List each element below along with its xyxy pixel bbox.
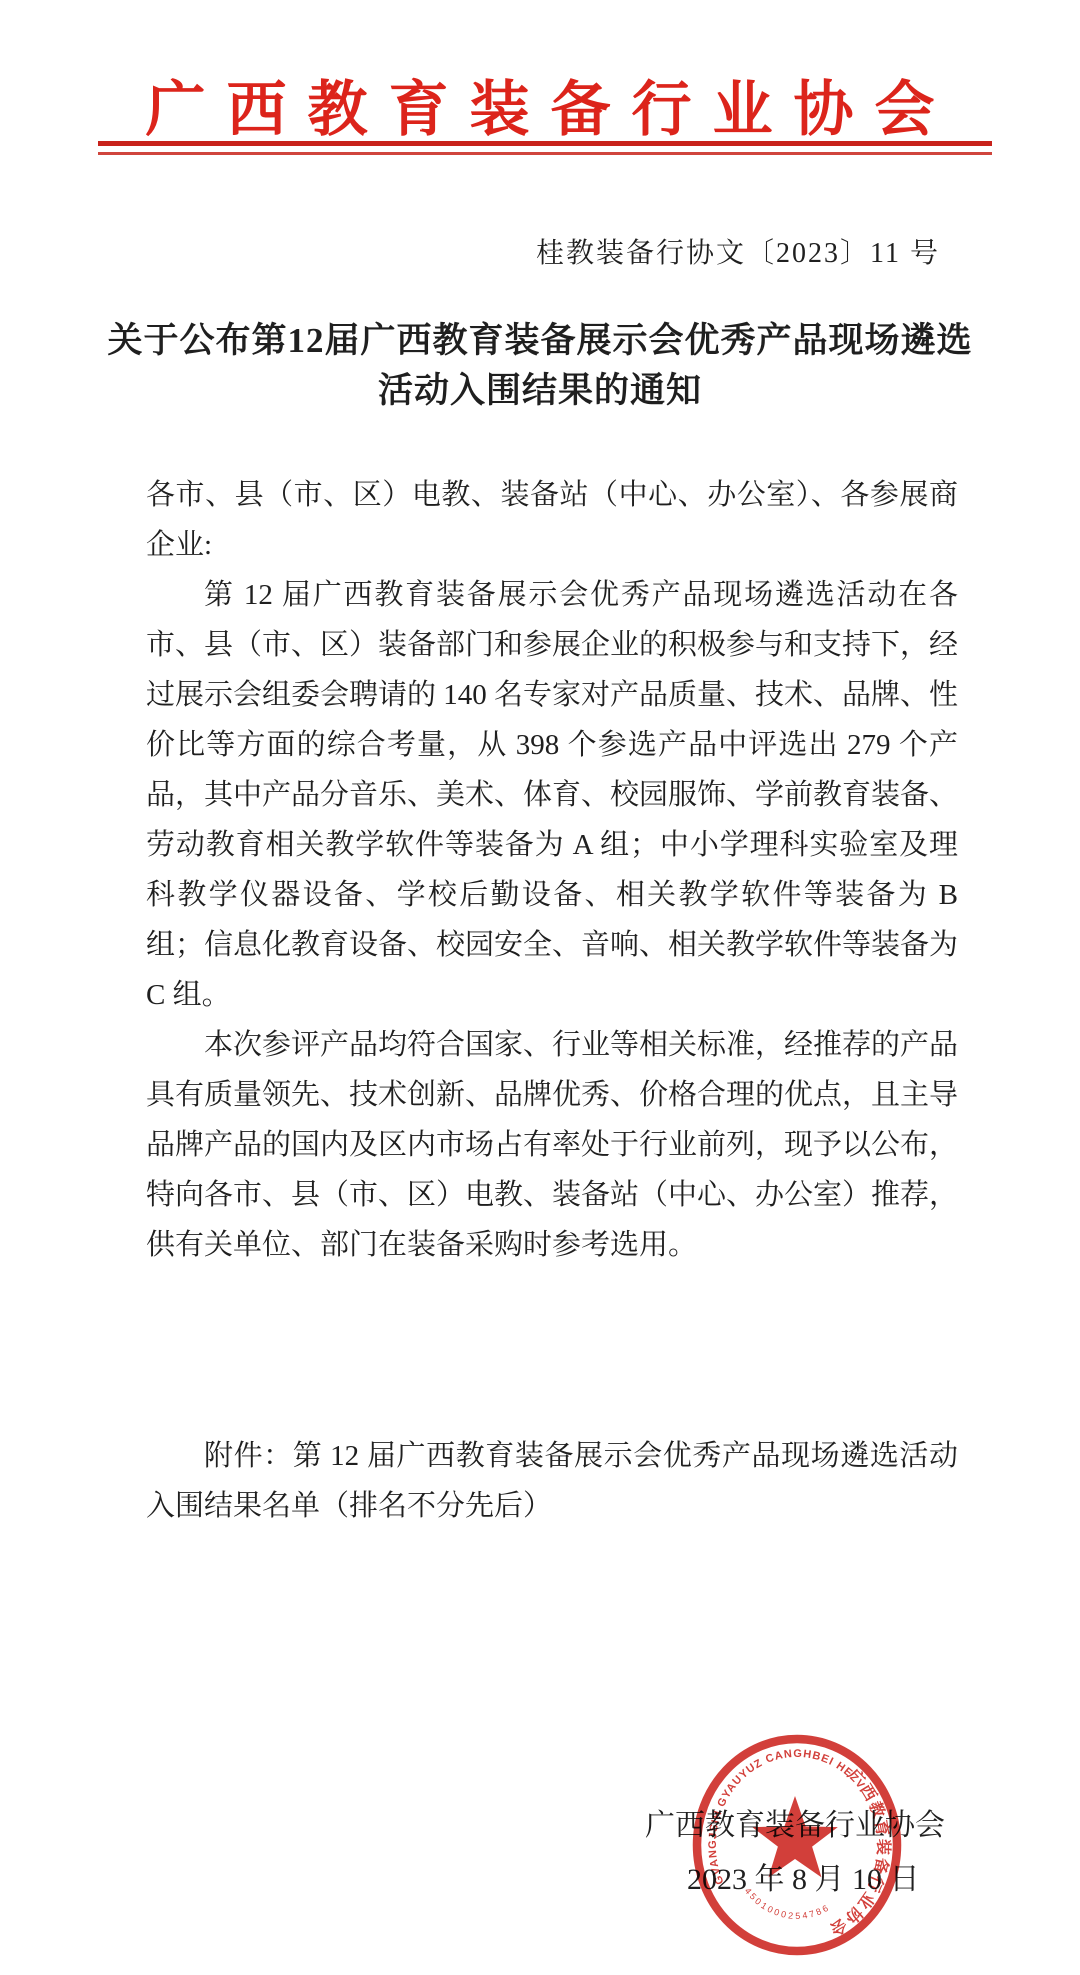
attachment-section: 附件：第 12 届广西教育装备展示会优秀产品现场遴选活动入围结果名单（排名不分先… xyxy=(146,1431,958,1531)
body-paragraph-2: 本次参评产品均符合国家、行业等相关标准，经推荐的产品具有质量领先、技术创新、品牌… xyxy=(146,1020,958,1270)
attachment-note: 附件：第 12 届广西教育装备展示会优秀产品现场遴选活动入围结果名单（排名不分先… xyxy=(146,1431,958,1531)
official-seal: GVANGJSIH GYAUYUZ CANGHBEI HEZVEI 广西教育装备… xyxy=(672,1714,922,1975)
notice-body: 各市、县（市、区）电教、装备站（中心、办公室）、各参展商企业: 第 12 届广西… xyxy=(146,470,958,1270)
body-paragraph-1: 第 12 届广西教育装备展示会优秀产品现场遴选活动在各市、县（市、区）装备部门和… xyxy=(146,570,958,1020)
notice-title-line1: 关于公布第12届广西教育装备展示会优秀产品现场遴选 xyxy=(0,316,1080,366)
salutation: 各市、县（市、区）电教、装备站（中心、办公室）、各参展商企业: xyxy=(146,470,958,570)
letterhead-rule-thin xyxy=(98,152,992,155)
letterhead-org-title: 广西教育装备行业协会 xyxy=(0,62,1080,148)
notice-title: 关于公布第12届广西教育装备展示会优秀产品现场遴选 活动入围结果的通知 xyxy=(0,316,1080,416)
seal-serial-number: 4501000254786 xyxy=(743,1886,832,1921)
notice-title-line2: 活动入围结果的通知 xyxy=(0,366,1080,416)
document-page: 广西教育装备行业协会 桂教装备行协文〔2023〕11 号 关于公布第12届广西教… xyxy=(0,0,1080,1975)
document-number: 桂教装备行协文〔2023〕11 号 xyxy=(536,231,940,271)
star-icon xyxy=(752,1796,838,1877)
letterhead-rule-thick xyxy=(98,141,992,146)
